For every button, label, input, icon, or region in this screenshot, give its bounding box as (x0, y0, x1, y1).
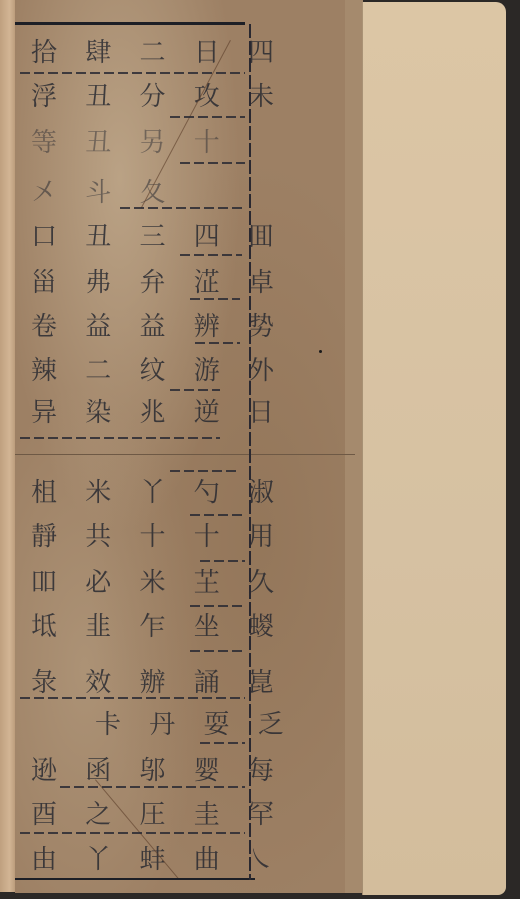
text-row: 靜 共 十 十 用 (31, 522, 284, 552)
row-divider (170, 470, 240, 472)
text-row: 逊 函 邬 婴 每 (31, 756, 284, 786)
middle-fold-line (15, 454, 355, 455)
text-row: 柤 米 丫 勺 淑 (31, 478, 284, 508)
row-divider (190, 650, 245, 652)
row-divider (195, 342, 240, 344)
row-divider (170, 116, 245, 118)
text-row: 由 丫 蚌 曲 ㇏ (31, 845, 284, 875)
row-divider (20, 697, 245, 699)
printed-page: 拾 肆 二 日 四 浮 丑 分 攻 未 等 丑 另 十 㐅 斗 夂 口 丑 三 … (15, 0, 363, 893)
text-row: 拾 肆 二 日 四 (31, 38, 284, 68)
text-row: 等 丑 另 十 (31, 128, 230, 158)
row-divider (60, 786, 245, 788)
row-divider (180, 254, 242, 256)
text-row: 卡 丹 耍 乏 (95, 710, 294, 740)
text-row: 甾 弗 弁 淽 卓 (31, 268, 284, 298)
printed-page-edge (345, 0, 363, 893)
text-row: 异 染 兆 逆 日 (31, 398, 284, 428)
text-row: 吅 必 米 芏 久 (31, 568, 284, 598)
row-divider (200, 560, 245, 562)
blank-page (362, 2, 506, 895)
row-divider (190, 298, 240, 300)
row-divider (20, 437, 220, 439)
row-divider (170, 389, 220, 391)
text-row: 酉 之 圧 圭 罕 (31, 800, 284, 830)
document-scan: 拾 肆 二 日 四 浮 丑 分 攻 未 等 丑 另 十 㐅 斗 夂 口 丑 三 … (0, 0, 520, 899)
text-row: 彔 效 辦 誦 崑 (31, 668, 284, 698)
text-row: 坻 韭 乍 坐 蝬 (31, 612, 284, 642)
ink-speck (319, 350, 322, 353)
row-divider (180, 162, 245, 164)
vertical-column-rule (249, 24, 251, 880)
row-divider (20, 72, 245, 74)
row-divider (190, 514, 245, 516)
text-row: 卷 益 益 辨 势 (31, 312, 284, 342)
bottom-border-rule (15, 878, 255, 880)
text-row: 浮 丑 分 攻 未 (31, 82, 284, 112)
row-divider (120, 207, 245, 209)
row-divider (200, 742, 245, 744)
row-divider (190, 605, 245, 607)
top-border-rule (15, 22, 245, 25)
text-row: 口 丑 三 四 囬 (31, 222, 284, 252)
text-row: 辣 二 纹 游 外 (31, 356, 284, 386)
row-divider (20, 832, 245, 834)
